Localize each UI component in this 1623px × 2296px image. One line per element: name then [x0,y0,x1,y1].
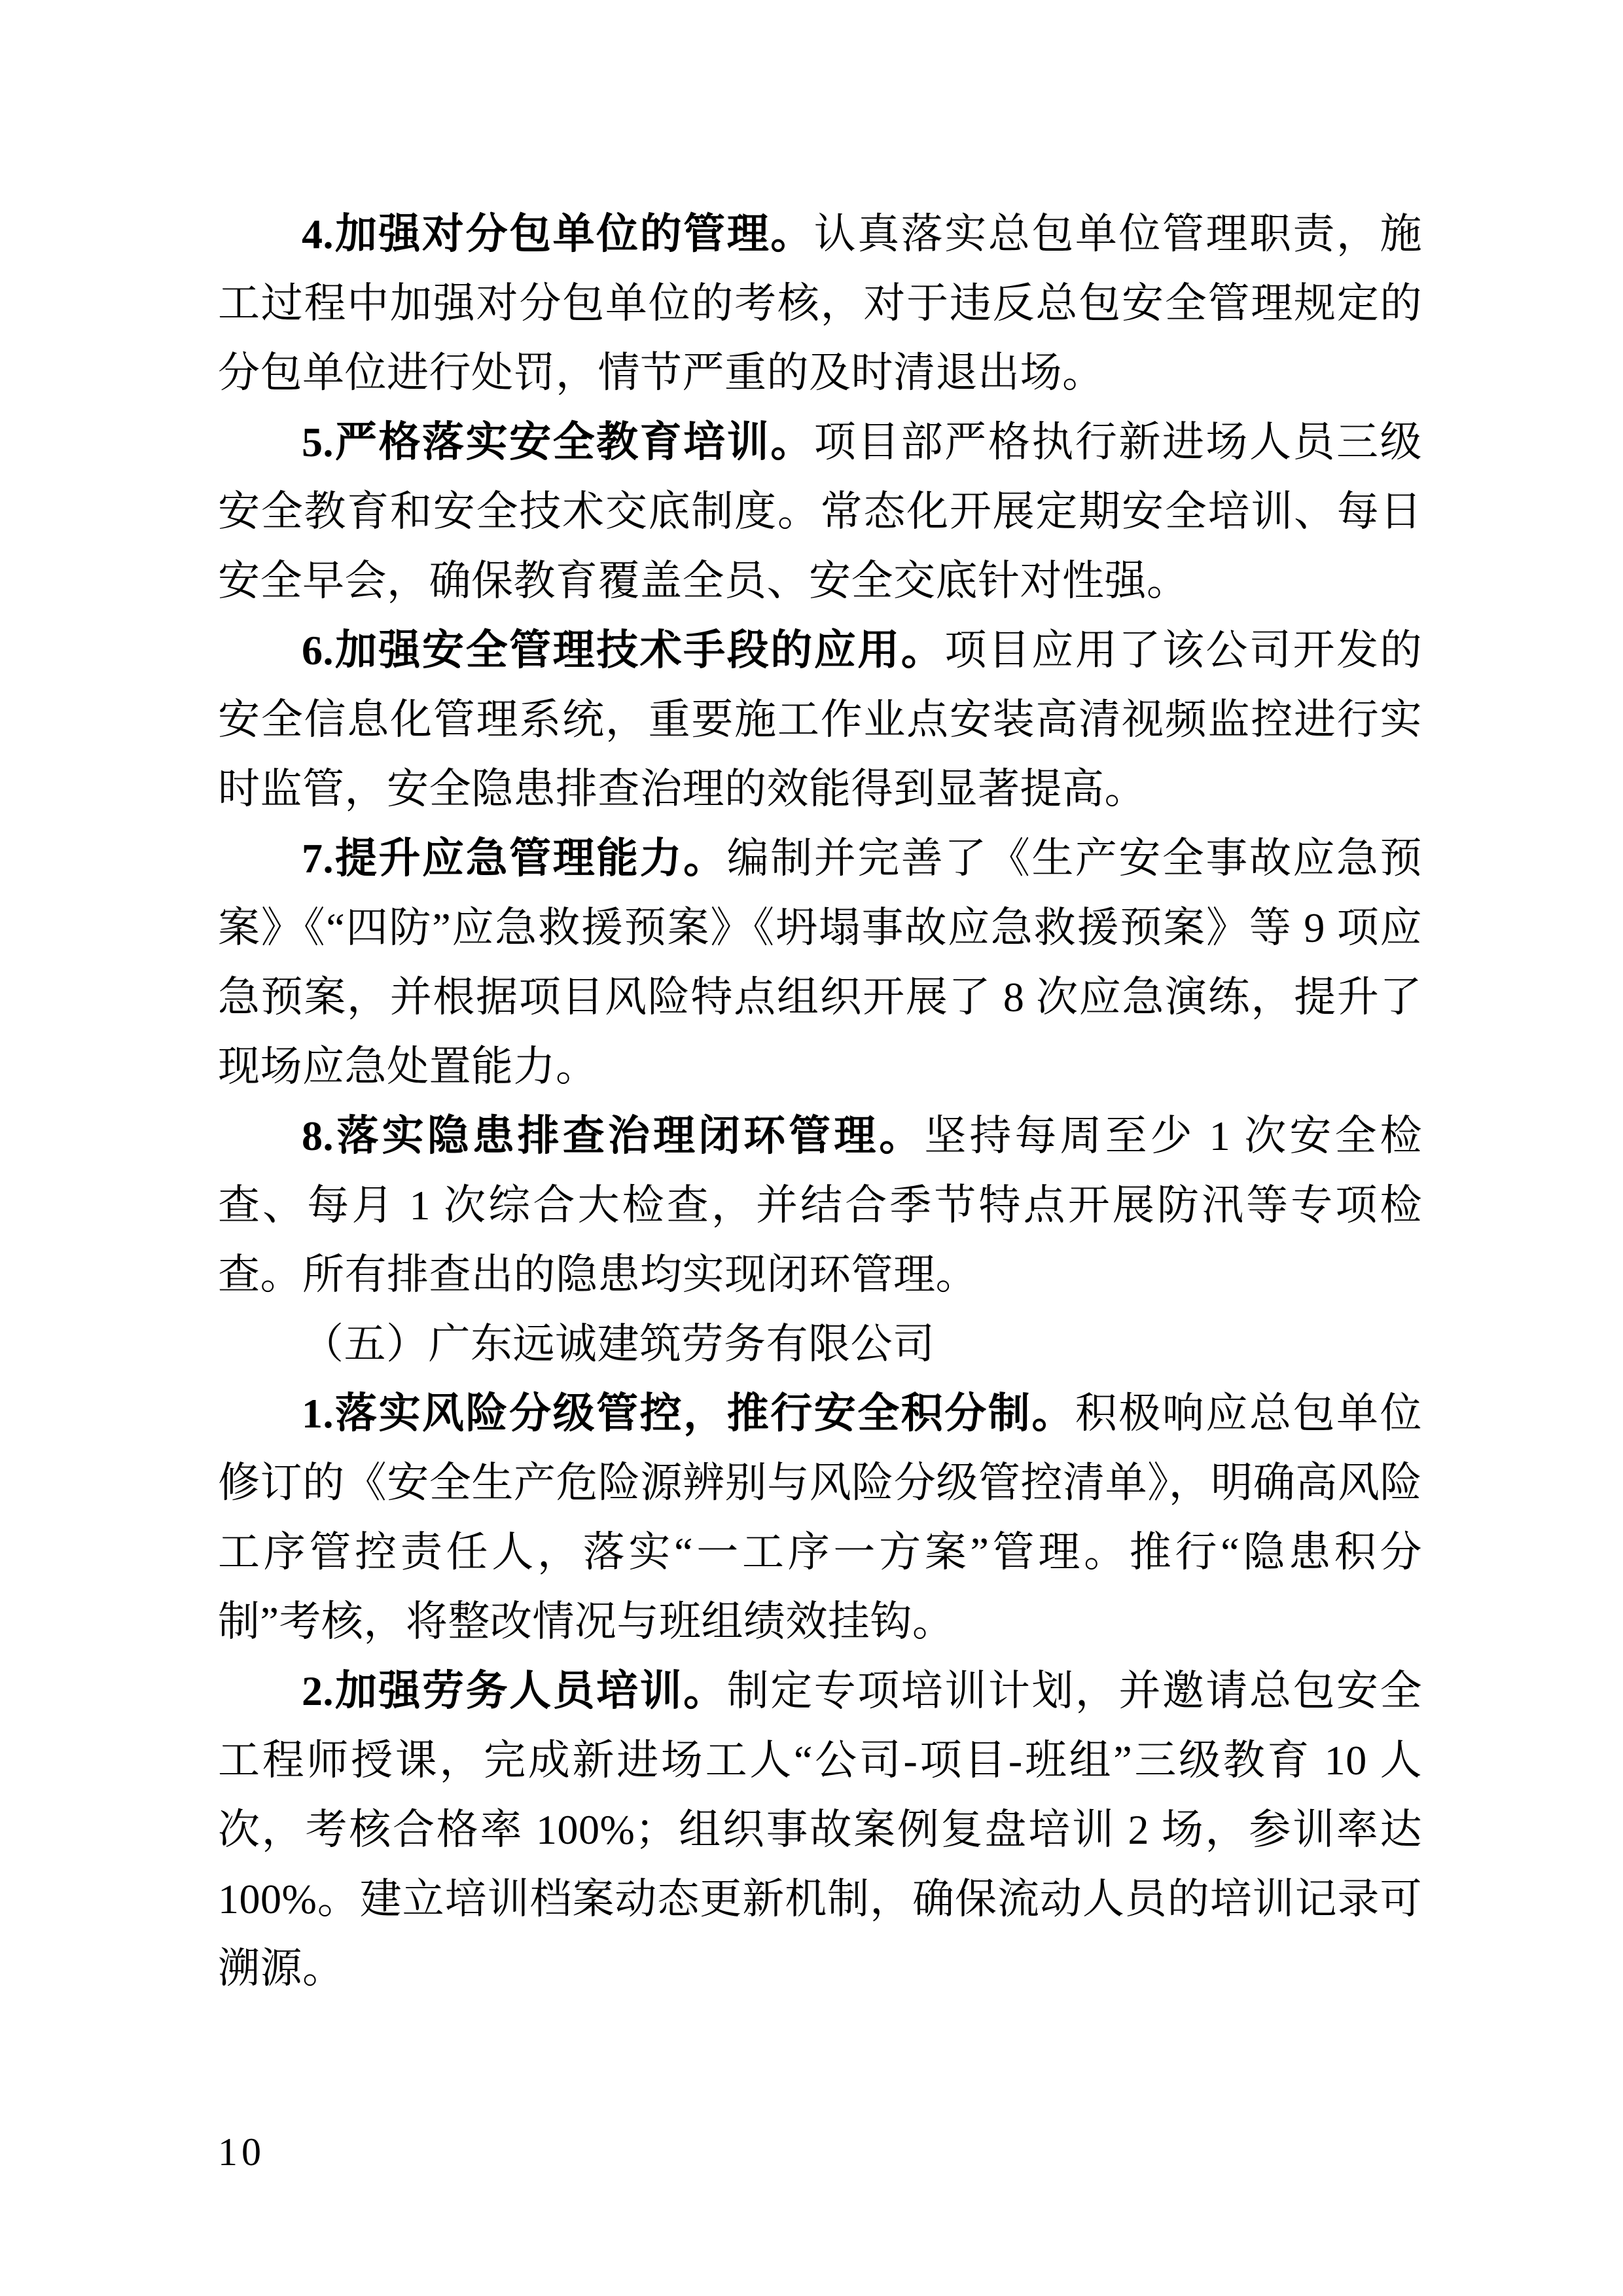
page-number: 10 [218,2130,265,2174]
paragraph-item-2-text: 制定专项培训计划，并邀请总包安全工程师授课，完成新进场工人“公司-项目-班组”三… [218,1668,1422,1992]
paragraph-item-6-lead: 6.加强安全管理技术手段的应用。 [302,627,944,673]
section-heading: （五）广东远诚建筑劳务有限公司 [218,1310,1422,1379]
paragraph-item-2: 2.加强劳务人员培训。制定专项培训计划，并邀请总包安全工程师授课，完成新进场工人… [218,1657,1422,2003]
page-footer: 10 [218,2132,265,2172]
paragraph-item-2-lead: 2.加强劳务人员培训。 [302,1668,727,1714]
paragraph-item-1: 1.落实风险分级管控，推行安全积分制。积极响应总包单位修订的《安全生产危险源辨别… [218,1379,1422,1657]
paragraph-item-8-lead: 8.落实隐患排查治理闭环管理。 [302,1113,924,1159]
paragraph-item-7-lead: 7.提升应急管理能力。 [302,835,727,882]
paragraph-item-1-lead: 1.落实风险分级管控，推行安全积分制。 [302,1390,1075,1437]
paragraph-item-4: 4.加强对分包单位的管理。认真落实总包单位管理职责，施工过程中加强对分包单位的考… [218,200,1422,408]
paragraph-item-6: 6.加强安全管理技术手段的应用。项目应用了该公司开发的安全信息化管理系统，重要施… [218,616,1422,824]
paragraph-item-4-lead: 4.加强对分包单位的管理。 [302,211,814,257]
document-page: 4.加强对分包单位的管理。认真落实总包单位管理职责，施工过程中加强对分包单位的考… [0,0,1623,2296]
paragraph-item-5-lead: 5.严格落实安全教育培训。 [302,419,814,465]
paragraph-item-5: 5.严格落实安全教育培训。项目部严格执行新进场人员三级安全教育和安全技术交底制度… [218,408,1422,616]
paragraph-item-7: 7.提升应急管理能力。编制并完善了《生产安全事故应急预案》《“四防”应急救援预案… [218,824,1422,1102]
document-content: 4.加强对分包单位的管理。认真落实总包单位管理职责，施工过程中加强对分包单位的考… [218,200,1422,2003]
paragraph-item-8: 8.落实隐患排查治理闭环管理。坚持每周至少 1 次安全检查、每月 1 次综合大检… [218,1102,1422,1310]
